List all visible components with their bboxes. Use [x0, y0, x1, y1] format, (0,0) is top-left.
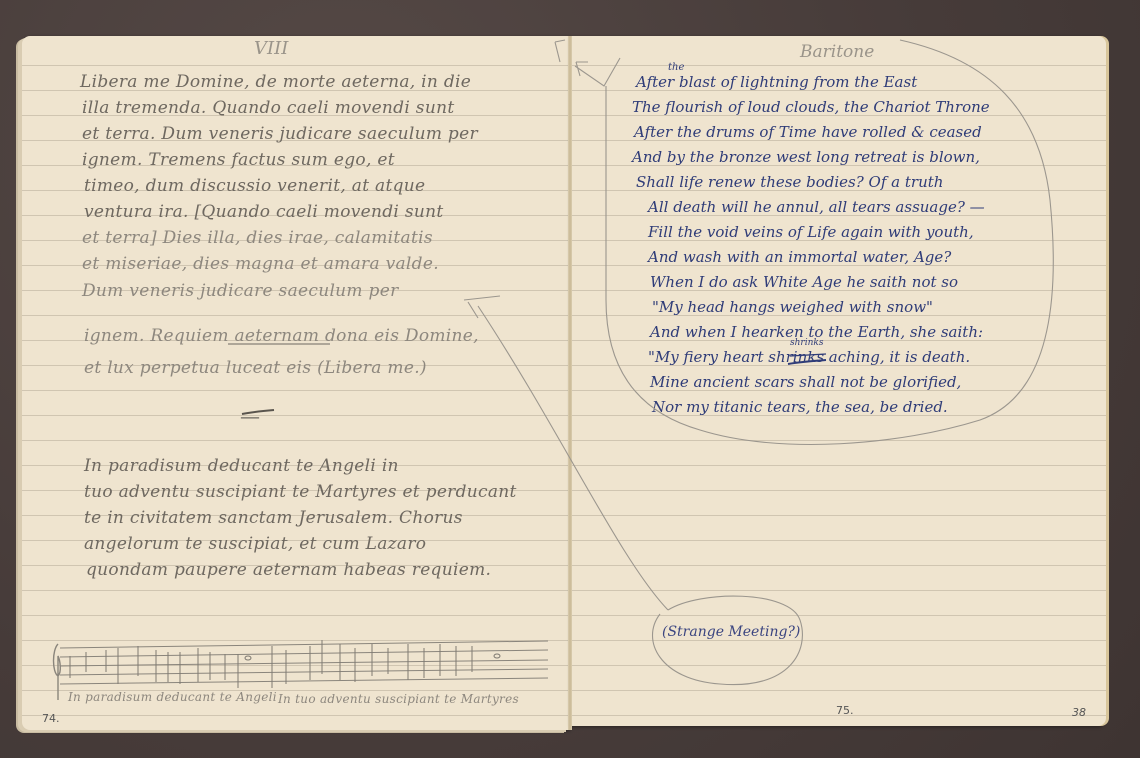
text-line: ignem. Tremens factus sum ego, et	[82, 150, 395, 170]
text-line: et miseriae, dies magna et amara valde.	[82, 254, 439, 274]
text-line: timeo, dum discussio venerit, at atque	[84, 176, 425, 196]
poem-line: "My fiery heart shrinks aching, it is de…	[648, 348, 970, 366]
left-page-number: 74.	[42, 712, 60, 725]
text-line: angelorum te suscipiat, et cum Lazaro	[84, 534, 426, 554]
bubble-note: (Strange Meeting?)	[662, 624, 800, 640]
text-line: Libera me Domine, de morte aeterna, in d…	[80, 72, 471, 92]
poem-line: The flourish of loud clouds, the Chariot…	[632, 98, 990, 116]
right-page-number: 75.	[836, 704, 854, 717]
left-page-heading: VIII	[254, 38, 288, 59]
poem-line: Nor my titanic tears, the sea, be dried.	[652, 398, 948, 416]
text-line: quondam paupere aeternam habeas requiem.	[86, 560, 491, 580]
poem-line: Fill the void veins of Life again with y…	[648, 223, 974, 241]
poem-line: When I do ask White Age he saith not so	[650, 273, 958, 291]
text-line: et lux perpetua luceat eis (Libera me.)	[84, 358, 427, 378]
text-line: ignem. Requiem aeternam dona eis Domine,	[84, 326, 479, 346]
text-line: Dum veneris judicare saeculum per	[82, 281, 399, 301]
poem-line: And wash with an immortal water, Age?	[648, 248, 951, 266]
text-line: te in civitatem sanctam Jerusalem. Choru…	[84, 508, 463, 528]
text-line: illa tremenda. Quando caeli movendi sunt	[82, 98, 454, 118]
text-line: et terra] Dies illa, dies irae, calamita…	[82, 228, 433, 248]
section-divider: —	[240, 404, 260, 428]
insertion-mark: the	[668, 62, 684, 73]
text-line: In paradisum deducant te Angeli in	[84, 456, 399, 476]
poem-line: And by the bronze west long retreat is b…	[632, 148, 980, 166]
music-lyrics-1: In paradisum deducant te Angeli	[68, 690, 277, 704]
text-line: et terra. Dum veneris judicare saeculum …	[82, 124, 478, 144]
text-line: ventura ira. [Quando caeli movendi sunt	[84, 202, 444, 222]
poem-line: All death will he annul, all tears assua…	[648, 198, 985, 216]
notebook-gutter	[568, 36, 572, 730]
poem-line: Shall life renew these bodies? Of a trut…	[636, 173, 943, 191]
poem-line: Mine ancient scars shall not be glorifie…	[650, 373, 961, 391]
text-line: tuo adventu suscipiant te Martyres et pe…	[84, 482, 517, 502]
correction-word: shrinks	[790, 338, 823, 348]
right-page-heading: Baritone	[800, 42, 874, 62]
poem-line: After blast of lightning from the East	[636, 73, 917, 91]
poem-line: "My head hangs weighed with snow"	[652, 298, 933, 316]
folio-number: 38	[1072, 706, 1086, 719]
music-lyrics-2: In tuo adventu suscipiant te Martyres	[278, 692, 519, 706]
poem-line: After the drums of Time have rolled & ce…	[634, 123, 982, 141]
